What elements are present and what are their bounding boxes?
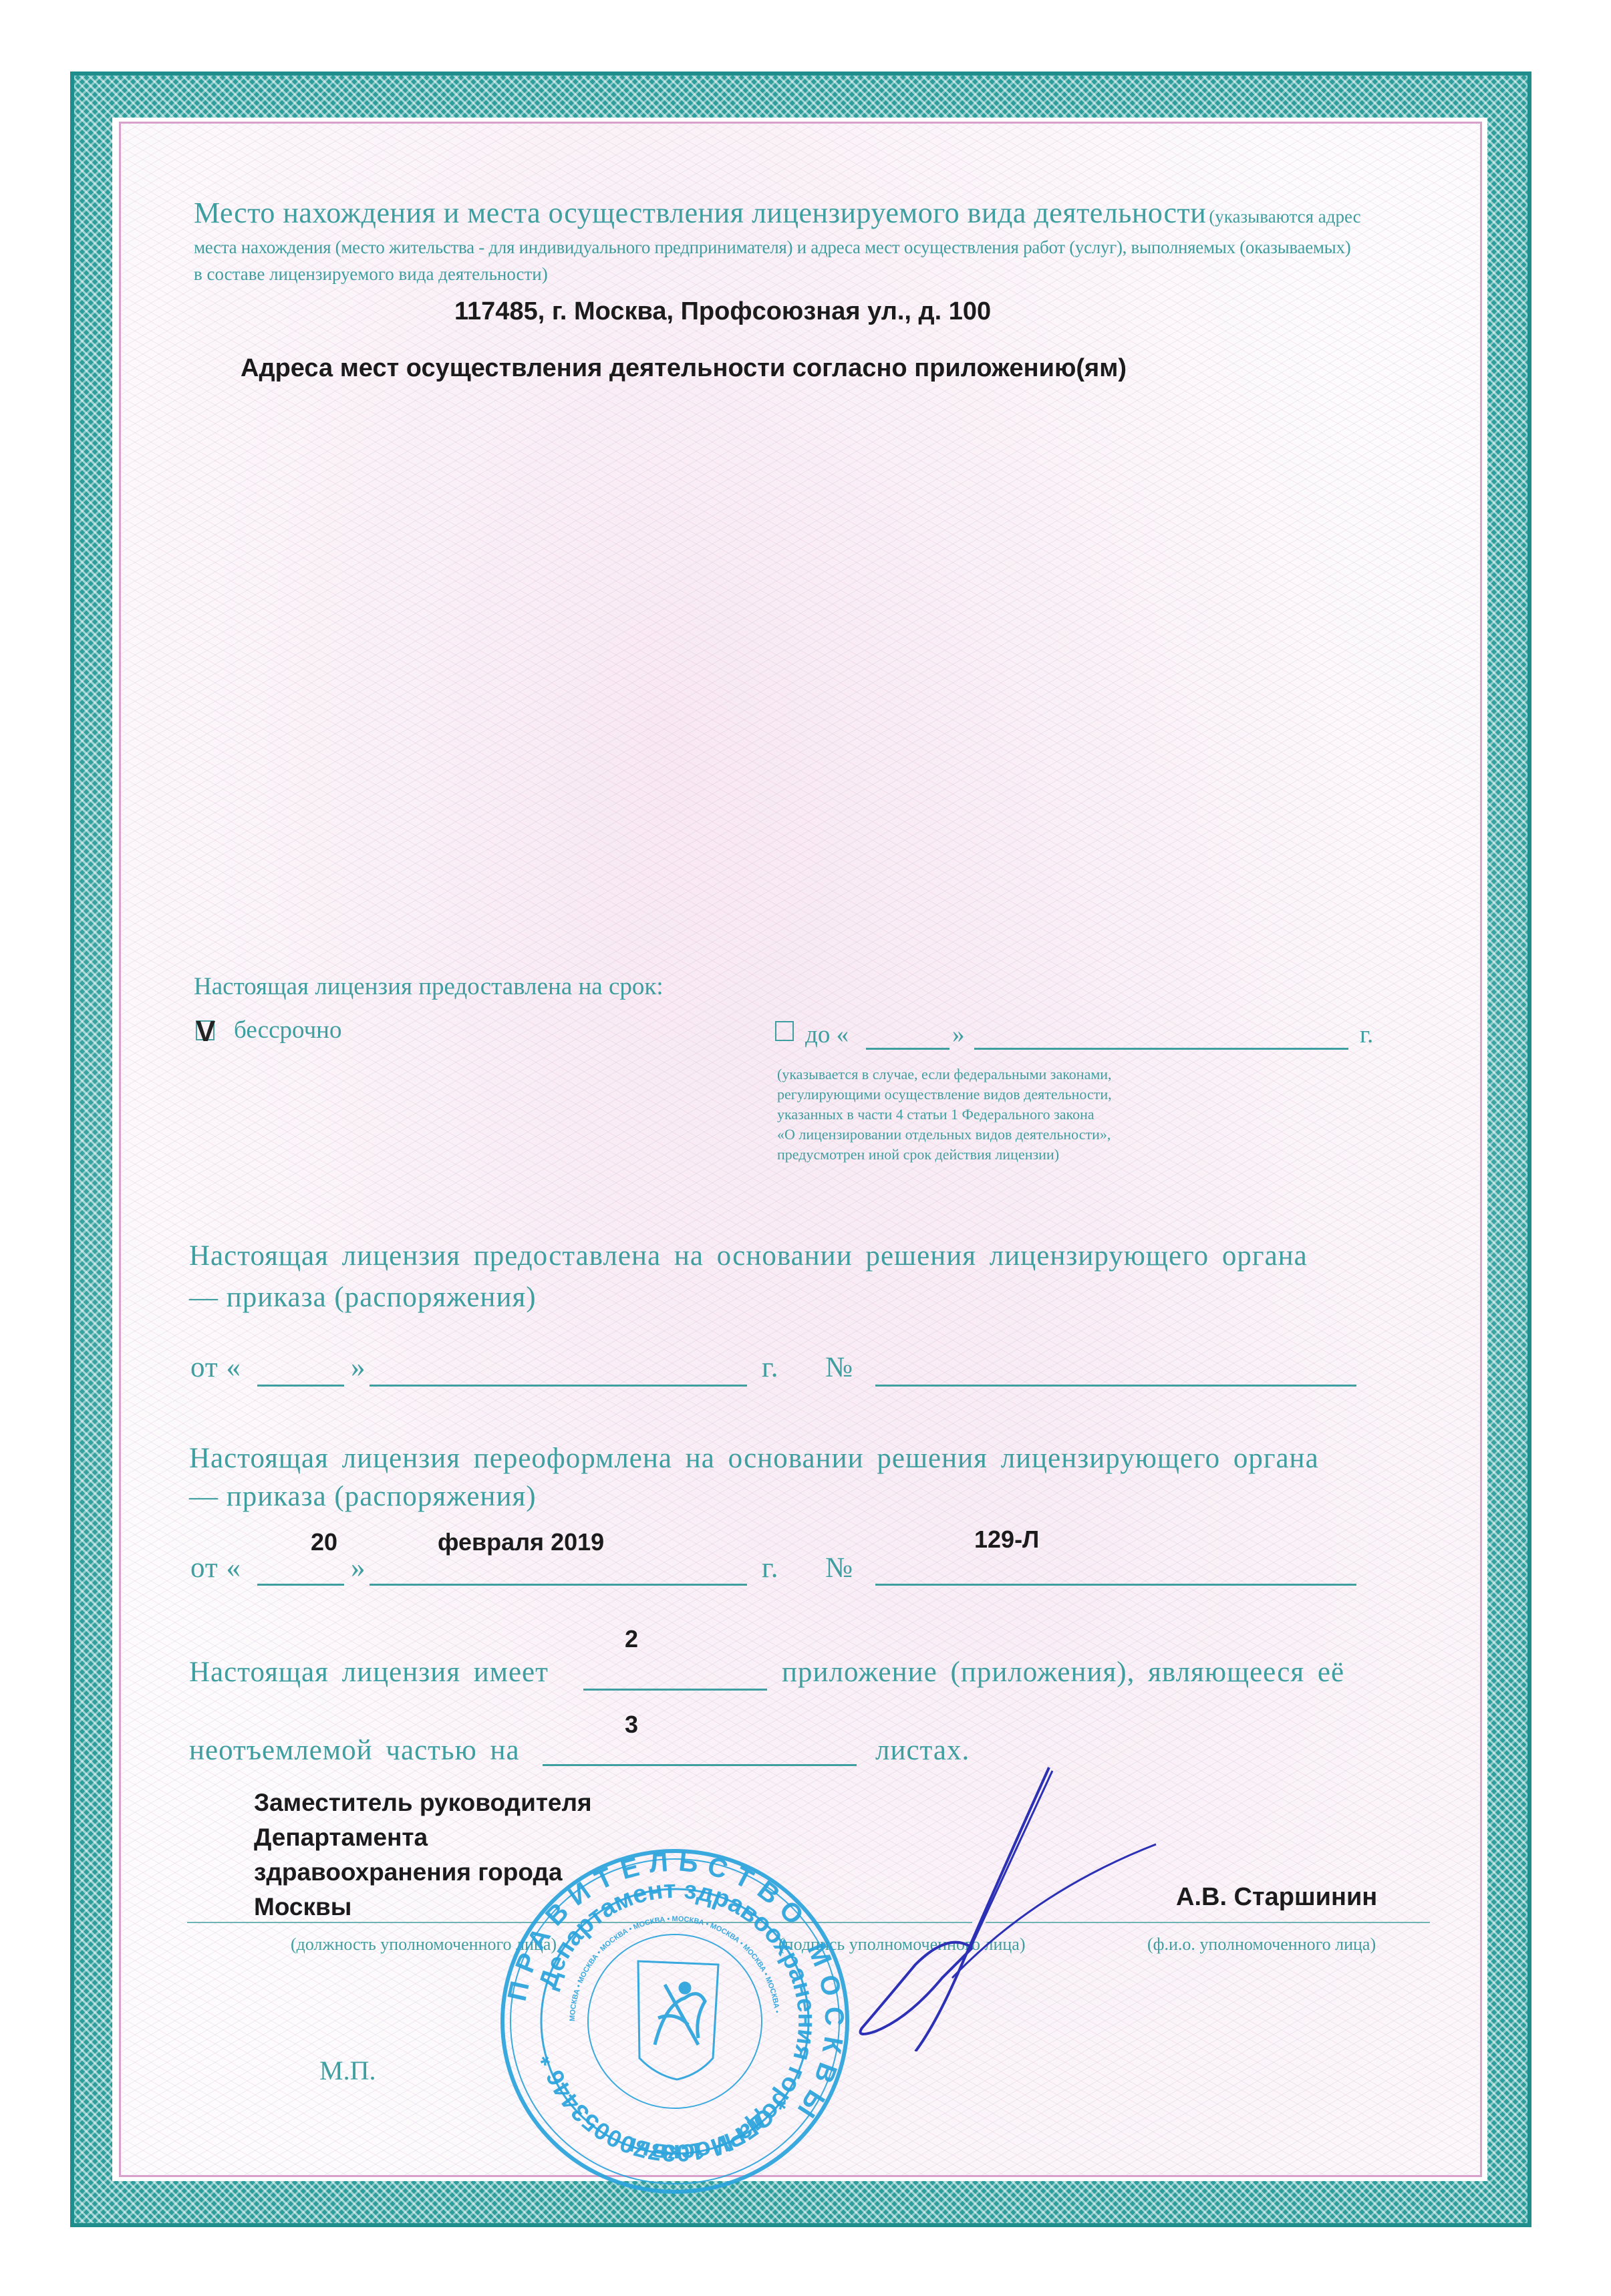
reissue-decision-line-1: Настоящая лицензия переоформлена на осно… xyxy=(189,1442,1319,1475)
reissue-quote-close: » xyxy=(351,1552,366,1584)
reissue-month-year-field[interactable] xyxy=(370,1584,747,1586)
location-heading: Место нахождения и места осуществления л… xyxy=(194,196,1206,229)
signatory-position-line: Департамента xyxy=(254,1820,592,1855)
term-note-line: указанных в части 4 статьи 1 Федеральног… xyxy=(777,1105,1245,1125)
grant-from-label: от « xyxy=(190,1351,241,1384)
signatory-position-line: Заместитель руководителя xyxy=(254,1785,592,1820)
reissue-number-field[interactable] xyxy=(875,1584,1356,1586)
signatory-name: А.В. Старшинин xyxy=(1176,1883,1377,1912)
reissue-from-label: от « xyxy=(190,1552,241,1584)
location-note-line-2: места нахождения (место жительства - для… xyxy=(194,237,1470,258)
appendix-line-2-prefix: неотъемлемой частью на xyxy=(189,1734,520,1767)
term-note-line: регулирующими осуществление видов деятел… xyxy=(777,1085,1245,1105)
grant-quote-close: » xyxy=(351,1351,366,1384)
reissue-decision-line-2: — приказа (распоряжения) xyxy=(189,1480,537,1513)
until-year-suffix: г. xyxy=(1360,1020,1373,1049)
grant-day-field[interactable] xyxy=(257,1385,344,1387)
handwritten-signature xyxy=(782,1757,1183,2051)
appendix-count-field[interactable] xyxy=(583,1689,767,1691)
appendix-sheets-value: 3 xyxy=(625,1711,638,1739)
grant-year-suffix: г. xyxy=(762,1351,779,1384)
reissue-day-value: 20 xyxy=(311,1528,337,1556)
location-heading-block: Место нахождения и места осуществления л… xyxy=(194,197,1463,236)
activity-addresses-note: Адреса мест осуществления деятельности с… xyxy=(241,354,1127,383)
reissue-number-value: 129-Л xyxy=(974,1526,1039,1554)
until-prefix: до « xyxy=(805,1020,849,1049)
term-heading: Настоящая лицензия предоставлена на срок… xyxy=(194,972,664,1001)
reissue-year-suffix: г. xyxy=(762,1552,779,1584)
appendix-line-1-suffix: приложение (приложения), являющееся её xyxy=(782,1656,1344,1689)
signatory-position: Заместитель руководителя Департамента зд… xyxy=(254,1785,592,1924)
reissue-number-label: № xyxy=(825,1552,853,1584)
grant-decision-line-1: Настоящая лицензия предоставлена на осно… xyxy=(189,1240,1308,1272)
location-note-start: (указываются адрес xyxy=(1209,206,1360,227)
reissue-day-field[interactable] xyxy=(257,1584,344,1586)
until-quote-close: » xyxy=(952,1020,965,1049)
grant-month-year-field[interactable] xyxy=(370,1385,747,1387)
until-day-field[interactable] xyxy=(866,1048,949,1050)
until-month-year-field[interactable] xyxy=(974,1048,1348,1050)
signatory-position-line: здравоохранения города xyxy=(254,1855,592,1890)
until-date-checkbox[interactable] xyxy=(775,1021,794,1041)
seal-label: М.П. xyxy=(319,2055,376,2086)
grant-number-label: № xyxy=(825,1351,853,1384)
location-note-line-3: в составе лицензируемого вида деятельнос… xyxy=(194,264,548,285)
term-note: (указывается в случае, если федеральными… xyxy=(777,1064,1245,1165)
term-note-line: «О лицензировании отдельных видов деятел… xyxy=(777,1125,1245,1145)
unlimited-label: бессрочно xyxy=(234,1016,341,1044)
term-note-line: (указывается в случае, если федеральными… xyxy=(777,1064,1245,1085)
check-mark-icon: V xyxy=(196,1017,215,1046)
signatory-position-line: Москвы xyxy=(254,1890,592,1924)
license-address: 117485, г. Москва, Профсоюзная ул., д. 1… xyxy=(454,297,991,326)
grant-decision-line-2: — приказа (распоряжения) xyxy=(189,1281,537,1314)
reissue-month-year-value: февраля 2019 xyxy=(438,1528,604,1556)
coat-of-arms-icon xyxy=(638,1961,718,2079)
grant-number-field[interactable] xyxy=(875,1385,1356,1387)
appendix-line-1-prefix: Настоящая лицензия имеет xyxy=(189,1656,549,1689)
term-note-line: предусмотрен иной срок действия лицензии… xyxy=(777,1145,1245,1165)
appendix-count-value: 2 xyxy=(625,1625,638,1653)
